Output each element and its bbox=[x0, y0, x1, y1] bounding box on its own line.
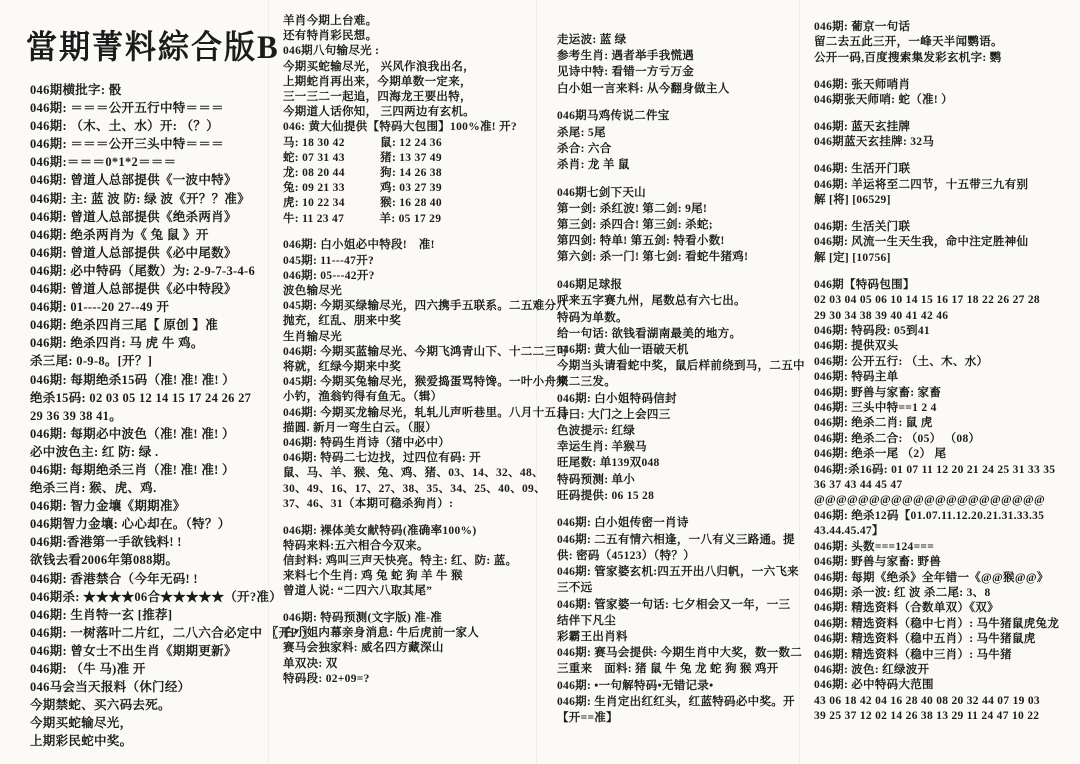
text-line: 046期: 生活关门联 bbox=[814, 220, 1080, 235]
text-line: 046期: 今期买龙输尽光，轧轧儿声听巷里。八月十五月 bbox=[283, 406, 536, 421]
text-line: 来二三发。 bbox=[557, 374, 799, 390]
text-line: 今期当头请看蛇中奖，鼠后样前绕到马，二五中 bbox=[557, 358, 799, 374]
text-line: 今期买蛇输尽光， 兴风作浪我出名， bbox=[283, 60, 536, 75]
text-line: 046期: 曾道人总部提供《必中特段》 bbox=[30, 280, 268, 298]
text-line: 046期: 特码主单 bbox=[814, 370, 1080, 385]
text-line: 046期:＝＝＝0*1*2＝＝＝ bbox=[30, 153, 268, 171]
text-line: 走运波: 蓝 绿 bbox=[557, 32, 799, 48]
text-line: 波色输尽光 bbox=[283, 284, 536, 299]
text-line: 046期: 曾道人总部提供《必中尾数》 bbox=[30, 244, 268, 262]
text-line: 诗曰: 大门之上会四三 bbox=[557, 407, 799, 423]
column-1-lines: 046期横批字: 骰046期: ＝＝＝公开五行中特＝＝＝046期: （木、土、水… bbox=[30, 81, 268, 750]
text-line: 上期蛇肖再出来，今期单数一定来， bbox=[283, 75, 536, 90]
text-line: 046期: 绝杀两肖为《 兔 鼠 》开 bbox=[30, 226, 268, 244]
text-line: 白小姐一言来料: 从今翻身做主人 bbox=[557, 81, 799, 97]
text-line: 三重来 面料: 猪 鼠 牛 兔 龙 蛇 狗 猴 鸡开 bbox=[557, 661, 799, 677]
text-line bbox=[283, 600, 536, 612]
text-line: 046期: 生活开门联 bbox=[814, 162, 1080, 177]
text-line: 046期: ＝＝＝公开五行中特＝＝＝ bbox=[30, 99, 268, 117]
text-line: 37、46、31（本期可稳杀狗肖）: bbox=[283, 497, 536, 512]
text-line bbox=[557, 97, 799, 109]
text-line: 046期: 主: 蓝 波 防: 绿 波《开？？准》 bbox=[30, 190, 268, 208]
text-line: 三一三二一起追，四海龙王要出特， bbox=[283, 90, 536, 105]
text-line bbox=[283, 227, 536, 239]
text-line bbox=[814, 266, 1080, 278]
text-line: 046期: 葡京一句话 bbox=[814, 20, 1080, 35]
text-line: 046期: 精选资料（稳中三肖）: 马牛猪 bbox=[814, 648, 1080, 663]
text-line: 046期: 绝杀一尾 （2） 尾 bbox=[814, 447, 1080, 462]
text-line: 结伴下凡尘 bbox=[557, 613, 799, 629]
text-line: 43.44.45.47】 bbox=[814, 524, 1080, 539]
text-line: 046期: 精选资料（稳中五肖）: 马牛猪鼠虎 bbox=[814, 632, 1080, 647]
text-line: 色波提示: 红绿 bbox=[557, 423, 799, 439]
column-3-lines: 走运波: 蓝 绿参考生肖: 遇者举手我慌遇见诗中特: 看错一方亏万金白小姐一言来… bbox=[557, 32, 799, 726]
text-line: 046期: 赛马会提供: 今期生肖中大奖，数一数二 bbox=[557, 645, 799, 661]
page-title: 當期菁料綜合版B bbox=[26, 20, 268, 67]
text-line: 上期彩民蛇中奖。 bbox=[30, 732, 268, 750]
text-line: 046期: （木、土、水）开: （？） bbox=[30, 117, 268, 135]
text-line: 兔: 09 21 33 鸡: 03 27 39 bbox=[283, 181, 536, 196]
text-line: 虎: 10 22 34 猴: 16 28 40 bbox=[283, 196, 536, 211]
text-line: 杀合: 六合 bbox=[557, 141, 799, 157]
text-line: 今期禁蛇、买六码去死。 bbox=[30, 696, 268, 714]
text-line bbox=[557, 504, 799, 516]
text-line: 绝杀三肖: 猴、虎、鸡. bbox=[30, 479, 268, 497]
text-line: 特码预测: 单小 bbox=[557, 472, 799, 488]
text-line: 【开==准】 bbox=[557, 710, 799, 726]
column-4-lines: 046期: 葡京一句话留二去五此三开，一峰天半闻鹦语。公开一码,百度搜索集发彩玄… bbox=[814, 20, 1080, 725]
text-line: 046期: 每期《绝杀》全年错一《@@猴@@》 bbox=[814, 571, 1080, 586]
text-line: 还有特肖彩民想。 bbox=[283, 29, 536, 44]
text-line: 三不远 bbox=[557, 580, 799, 596]
text-line: 045期: 今期买绿输尽光，四六携手五联系。二五难分八 bbox=[283, 299, 536, 314]
text-line: 046期: 曾道人总部提供《一波中特》 bbox=[30, 171, 268, 189]
text-line: 046期: 每期必中波色（准! 准! 准! ） bbox=[30, 425, 268, 443]
text-line: 046期: 生肖定出红红头，红蓝特码必中奖。开 bbox=[557, 694, 799, 710]
text-line: 描圆. 新月一弯生白云。（服） bbox=[283, 421, 536, 436]
text-line: 046期: 头数===124=== bbox=[814, 540, 1080, 555]
text-line: 046期: 羊运将至二四节，十五带三九有别 bbox=[814, 178, 1080, 193]
text-line: 046期: 精选资料（合数单双）《双》 bbox=[814, 601, 1080, 616]
text-line: 彩霸王出肖料 bbox=[557, 629, 799, 645]
text-line: 046期: 裸体美女献特码(准确率100%) bbox=[283, 524, 536, 539]
text-line: 046期: 白小姐必中特段! 准! bbox=[283, 238, 536, 253]
text-line: 046期: 特码预测(文字版) 准-准 bbox=[283, 611, 536, 626]
text-line: 046期: 黄大仙一语破天机 bbox=[557, 342, 799, 358]
text-line: 046期: 管家婆玄机:四五开出八归帆，一六飞来 bbox=[557, 564, 799, 580]
column-baixiaojie-tips: 走运波: 蓝 绿参考生肖: 遇者举手我慌遇见诗中特: 看错一方亏万金白小姐一言来… bbox=[536, 0, 799, 764]
text-line: 046期足球报 bbox=[557, 277, 799, 293]
text-line: 046期杀: ★★★★06合★★★★★（开?准） bbox=[30, 588, 268, 606]
text-line: 今期买蛇输尽光， bbox=[30, 714, 268, 732]
column-shuj in-poems: 羊肖今期上台难。还有特肖彩民想。046期八句输尽光 :今期买蛇输尽光， 兴风作浪… bbox=[268, 0, 536, 764]
text-line: 30、49、16、17、27、38、35、34、25、40、09、 bbox=[283, 482, 536, 497]
text-line: 046期: 每期绝杀15码（准! 准! 准! ） bbox=[30, 371, 268, 389]
text-line: 046期: 绝杀二肖: 鼠 虎 bbox=[814, 416, 1080, 431]
text-line: 第一剑: 杀红波! 第二剑: 9尾! bbox=[557, 201, 799, 217]
text-line: 今期道人话你知， 三四两边有玄机。 bbox=[283, 105, 536, 120]
text-line: 生肖输尽光 bbox=[283, 330, 536, 345]
text-line: 046: 黄大仙提供【特码大包围】100%准! 开? bbox=[283, 120, 536, 135]
text-line: 045期: 11---47开? bbox=[283, 254, 536, 269]
text-line bbox=[557, 266, 799, 278]
text-line bbox=[814, 151, 1080, 163]
text-line: 046期: 曾道人总部提供《绝杀两肖》 bbox=[30, 208, 268, 226]
text-line: 046期: 风流一生天生我，命中注定胜神仙 bbox=[814, 235, 1080, 250]
text-line: 046期: 必中特码大范围 bbox=[814, 678, 1080, 693]
text-line: 046期: 香港禁合（今年无码! ! bbox=[30, 570, 268, 588]
text-line: 36 37 43 44 45 47 bbox=[814, 478, 1080, 493]
text-line: 留二去五此三开，一峰天半闻鹦语。 bbox=[814, 35, 1080, 50]
text-line: 046期: ＝＝＝公开三头中特＝＝＝ bbox=[30, 135, 268, 153]
text-line: 必中波色主: 红 防: 绿 . bbox=[30, 443, 268, 461]
text-line: 046期:杀16码: 01 07 11 12 20 21 24 25 31 33… bbox=[814, 463, 1080, 478]
text-line: 046期: 特码段: 05到41 bbox=[814, 324, 1080, 339]
text-line: 046期: 特码二七边找，过四位有码: 开 bbox=[283, 451, 536, 466]
text-line: 046期: 野兽与家畜: 野兽 bbox=[814, 555, 1080, 570]
text-line: 单双决: 双 bbox=[283, 657, 536, 672]
text-line: 046期: 生肖特一玄 [推荐] bbox=[30, 606, 268, 624]
text-line: 046期: 智力金壤《期期准》 bbox=[30, 497, 268, 515]
text-line: 赛马会独家料: 威名四方藏深山 bbox=[283, 641, 536, 656]
text-line: 第三剑: 杀四合! 第三剑: 杀蛇; bbox=[557, 217, 799, 233]
text-line: 046期: 精选资料（稳中七肖）: 马牛猪鼠虎兔龙 bbox=[814, 617, 1080, 632]
text-line: 046期: 01----20 27--49 开 bbox=[30, 298, 268, 316]
text-line: 046期: 白小姐传密一肖诗 bbox=[557, 515, 799, 531]
text-line: 见诗中特: 看错一方亏万金 bbox=[557, 64, 799, 80]
text-line: 蛇: 07 31 43 猪: 13 37 49 bbox=[283, 151, 536, 166]
text-line: 公开一码,百度搜索集发彩玄机字: 鹦 bbox=[814, 51, 1080, 66]
text-line: 43 06 18 42 04 16 28 40 08 20 32 44 07 1… bbox=[814, 694, 1080, 709]
text-line: 046期: 必中特码（尾数）为: 2-9-7-3-4-6 bbox=[30, 262, 268, 280]
column-jueesha-data: 046期: 葡京一句话留二去五此三开，一峰天半闻鹦语。公开一码,百度搜索集发彩玄… bbox=[799, 0, 1080, 764]
text-line: 解 [将] [06529] bbox=[814, 193, 1080, 208]
text-line: @@@@@@@@@@@@@@@@@@@@@ bbox=[814, 493, 1080, 508]
text-line: 046期: 野兽与家畜: 家畜 bbox=[814, 386, 1080, 401]
text-line: 046期: 蓝天玄挂牌 bbox=[814, 120, 1080, 135]
text-line: 给一句话: 欲钱看湖南最美的地方。 bbox=[557, 326, 799, 342]
text-line: 046期: •一句解特码•无错记录• bbox=[557, 678, 799, 694]
text-line: 046期: 今期买蓝输尽光、今期飞鸿青山下、十二二三可 bbox=[283, 345, 536, 360]
text-line: 046期: 二五有情六相逢，一八有义三路通。提 bbox=[557, 532, 799, 548]
text-line: 046期: 绝杀四肖三尾【 原创 】准 bbox=[30, 316, 268, 334]
text-line: 046期: 绝杀二合: （05） （08） bbox=[814, 432, 1080, 447]
text-line: 046期【特码包围】 bbox=[814, 278, 1080, 293]
text-line: 046期: 特码生肖诗（猪中必中） bbox=[283, 436, 536, 451]
text-line: 045期: 今期买兔输尽光，猴爱捣蛋骂特馋。一叶小舟频 bbox=[283, 375, 536, 390]
text-line: 046期: 波色: 红绿波开 bbox=[814, 663, 1080, 678]
text-line: 046期:香港第一手欲钱料! ! bbox=[30, 533, 268, 551]
text-line: 046期: 张天师哨肖 bbox=[814, 78, 1080, 93]
text-line: 046期横批字: 骰 bbox=[30, 81, 268, 99]
text-line: 046期马鸡传说二件宝 bbox=[557, 108, 799, 124]
text-line: 02 03 04 05 06 10 14 15 16 17 18 22 26 2… bbox=[814, 293, 1080, 308]
text-line: 046期: 管家婆一句话: 七夕相会又一年，一三 bbox=[557, 597, 799, 613]
text-line: 欲钱去看2006年第088期。 bbox=[30, 551, 268, 569]
text-line: 046期: 提供双头 bbox=[814, 339, 1080, 354]
text-line: 杀肖: 龙 羊 鼠 bbox=[557, 157, 799, 173]
text-line bbox=[814, 109, 1080, 121]
text-line: 046期智力金壤: 心心却在。（特？） bbox=[30, 515, 268, 533]
text-line: 29 30 34 38 39 40 41 42 46 bbox=[814, 309, 1080, 324]
text-line: 杀三尾: 0-9-8。[开？] bbox=[30, 352, 268, 370]
text-line bbox=[814, 66, 1080, 78]
text-line bbox=[814, 209, 1080, 221]
text-line: 046期: 一树落叶二片红，二八六合必定中 〖开? 〗 bbox=[30, 624, 268, 642]
text-line: 046期蓝天玄挂牌: 32马 bbox=[814, 135, 1080, 150]
text-line: 羊肖今期上台难。 bbox=[283, 14, 536, 29]
text-line: 幸运生肖: 羊猴马 bbox=[557, 439, 799, 455]
text-line: 旺码提供: 06 15 28 bbox=[557, 488, 799, 504]
text-line: 第四剑: 特单! 第五剑: 特看小数! bbox=[557, 233, 799, 249]
text-line: 046期: 绝杀四肖: 马 虎 牛 鸡。 bbox=[30, 334, 268, 352]
text-line: 将就，红绿今期来中奖 bbox=[283, 360, 536, 375]
text-line: 046马会当天报料（休门经） bbox=[30, 678, 268, 696]
text-line: 特码来料:五六相合今双来。 bbox=[283, 539, 536, 554]
text-line: 046期: 绝杀12码【01.07.11.12.20.21.31.33.35 bbox=[814, 509, 1080, 524]
text-line: 39 25 37 12 02 14 26 38 13 29 11 24 47 1… bbox=[814, 709, 1080, 724]
text-line: 046期: 曾女士不出生肖《期期更新》 bbox=[30, 642, 268, 660]
column-zengdaoren-tips: 當期菁料綜合版B 046期横批字: 骰046期: ＝＝＝公开五行中特＝＝＝046… bbox=[0, 0, 268, 764]
text-line: 呼来五字赛九州，尾数总有六七出。 bbox=[557, 293, 799, 309]
text-line: 046期: 白小姐特码信封 bbox=[557, 391, 799, 407]
text-line: 龙: 08 20 44 狗: 14 26 38 bbox=[283, 166, 536, 181]
text-line: 来料七个生肖: 鸡 兔 蛇 狗 羊 牛 猴 bbox=[283, 569, 536, 584]
text-line: 046期: 杀一波: 红 波 杀二尾: 3、8 bbox=[814, 586, 1080, 601]
text-line: 046期: 每期绝杀三肖（准! 准! 准! ） bbox=[30, 461, 268, 479]
column-2-lines: 羊肖今期上台难。还有特肖彩民想。046期八句输尽光 :今期买蛇输尽光， 兴风作浪… bbox=[283, 14, 536, 687]
text-line: 29 36 39 38 41。 bbox=[30, 407, 268, 425]
text-line: 解 [定] [10756] bbox=[814, 251, 1080, 266]
text-line: 特码段: 02+09=? bbox=[283, 672, 536, 687]
text-line: 特码为单数。 bbox=[557, 310, 799, 326]
text-line: 鼠、马、羊、猴、兔、鸡、猪、03、14、32、48、 bbox=[283, 466, 536, 481]
text-line: 小钓，渔翁钓得有鱼无。（辑） bbox=[283, 390, 536, 405]
text-line: 抛充，红乱、朋来中奖 bbox=[283, 314, 536, 329]
text-line: 绝杀15码: 02 03 05 12 14 15 17 24 26 27 bbox=[30, 389, 268, 407]
text-line bbox=[283, 512, 536, 524]
text-line: 旺尾数: 单139双048 bbox=[557, 455, 799, 471]
text-line: 杀尾: 5尾 bbox=[557, 125, 799, 141]
text-line: 白小姐内幕亲身消息: 牛后虎前一家人 bbox=[283, 626, 536, 641]
text-line: 046期: 公开五行: （土、木、水） bbox=[814, 355, 1080, 370]
text-line: 046期: 三头中特==1 2 4 bbox=[814, 401, 1080, 416]
text-line: 供: 密码（45123）（特？） bbox=[557, 548, 799, 564]
text-line: 参考生肖: 遇者举手我慌遇 bbox=[557, 48, 799, 64]
text-line: 牛: 11 23 47 羊: 05 17 29 bbox=[283, 212, 536, 227]
text-line: 信封料: 鸡叫三声天快亮。特主: 红、防: 蓝。 bbox=[283, 554, 536, 569]
text-line: 曾道人说: “二四六八取其尾” bbox=[283, 584, 536, 599]
text-line: 马: 18 30 42 鼠: 12 24 36 bbox=[283, 136, 536, 151]
text-line bbox=[557, 173, 799, 185]
tip-sheet-page: 當期菁料綜合版B 046期横批字: 骰046期: ＝＝＝公开五行中特＝＝＝046… bbox=[0, 0, 1080, 764]
text-line: 046期七剑下天山 bbox=[557, 185, 799, 201]
text-line: 046期: （牛 马)准 开 bbox=[30, 660, 268, 678]
text-line: 046期: 05---42开? bbox=[283, 269, 536, 284]
text-line: 046期八句输尽光 : bbox=[283, 44, 536, 59]
text-line: 第六剑: 杀一门! 第七剑: 看蛇牛猪鸡! bbox=[557, 249, 799, 265]
text-line: 046期张天师哨: 蛇（准! ） bbox=[814, 93, 1080, 108]
